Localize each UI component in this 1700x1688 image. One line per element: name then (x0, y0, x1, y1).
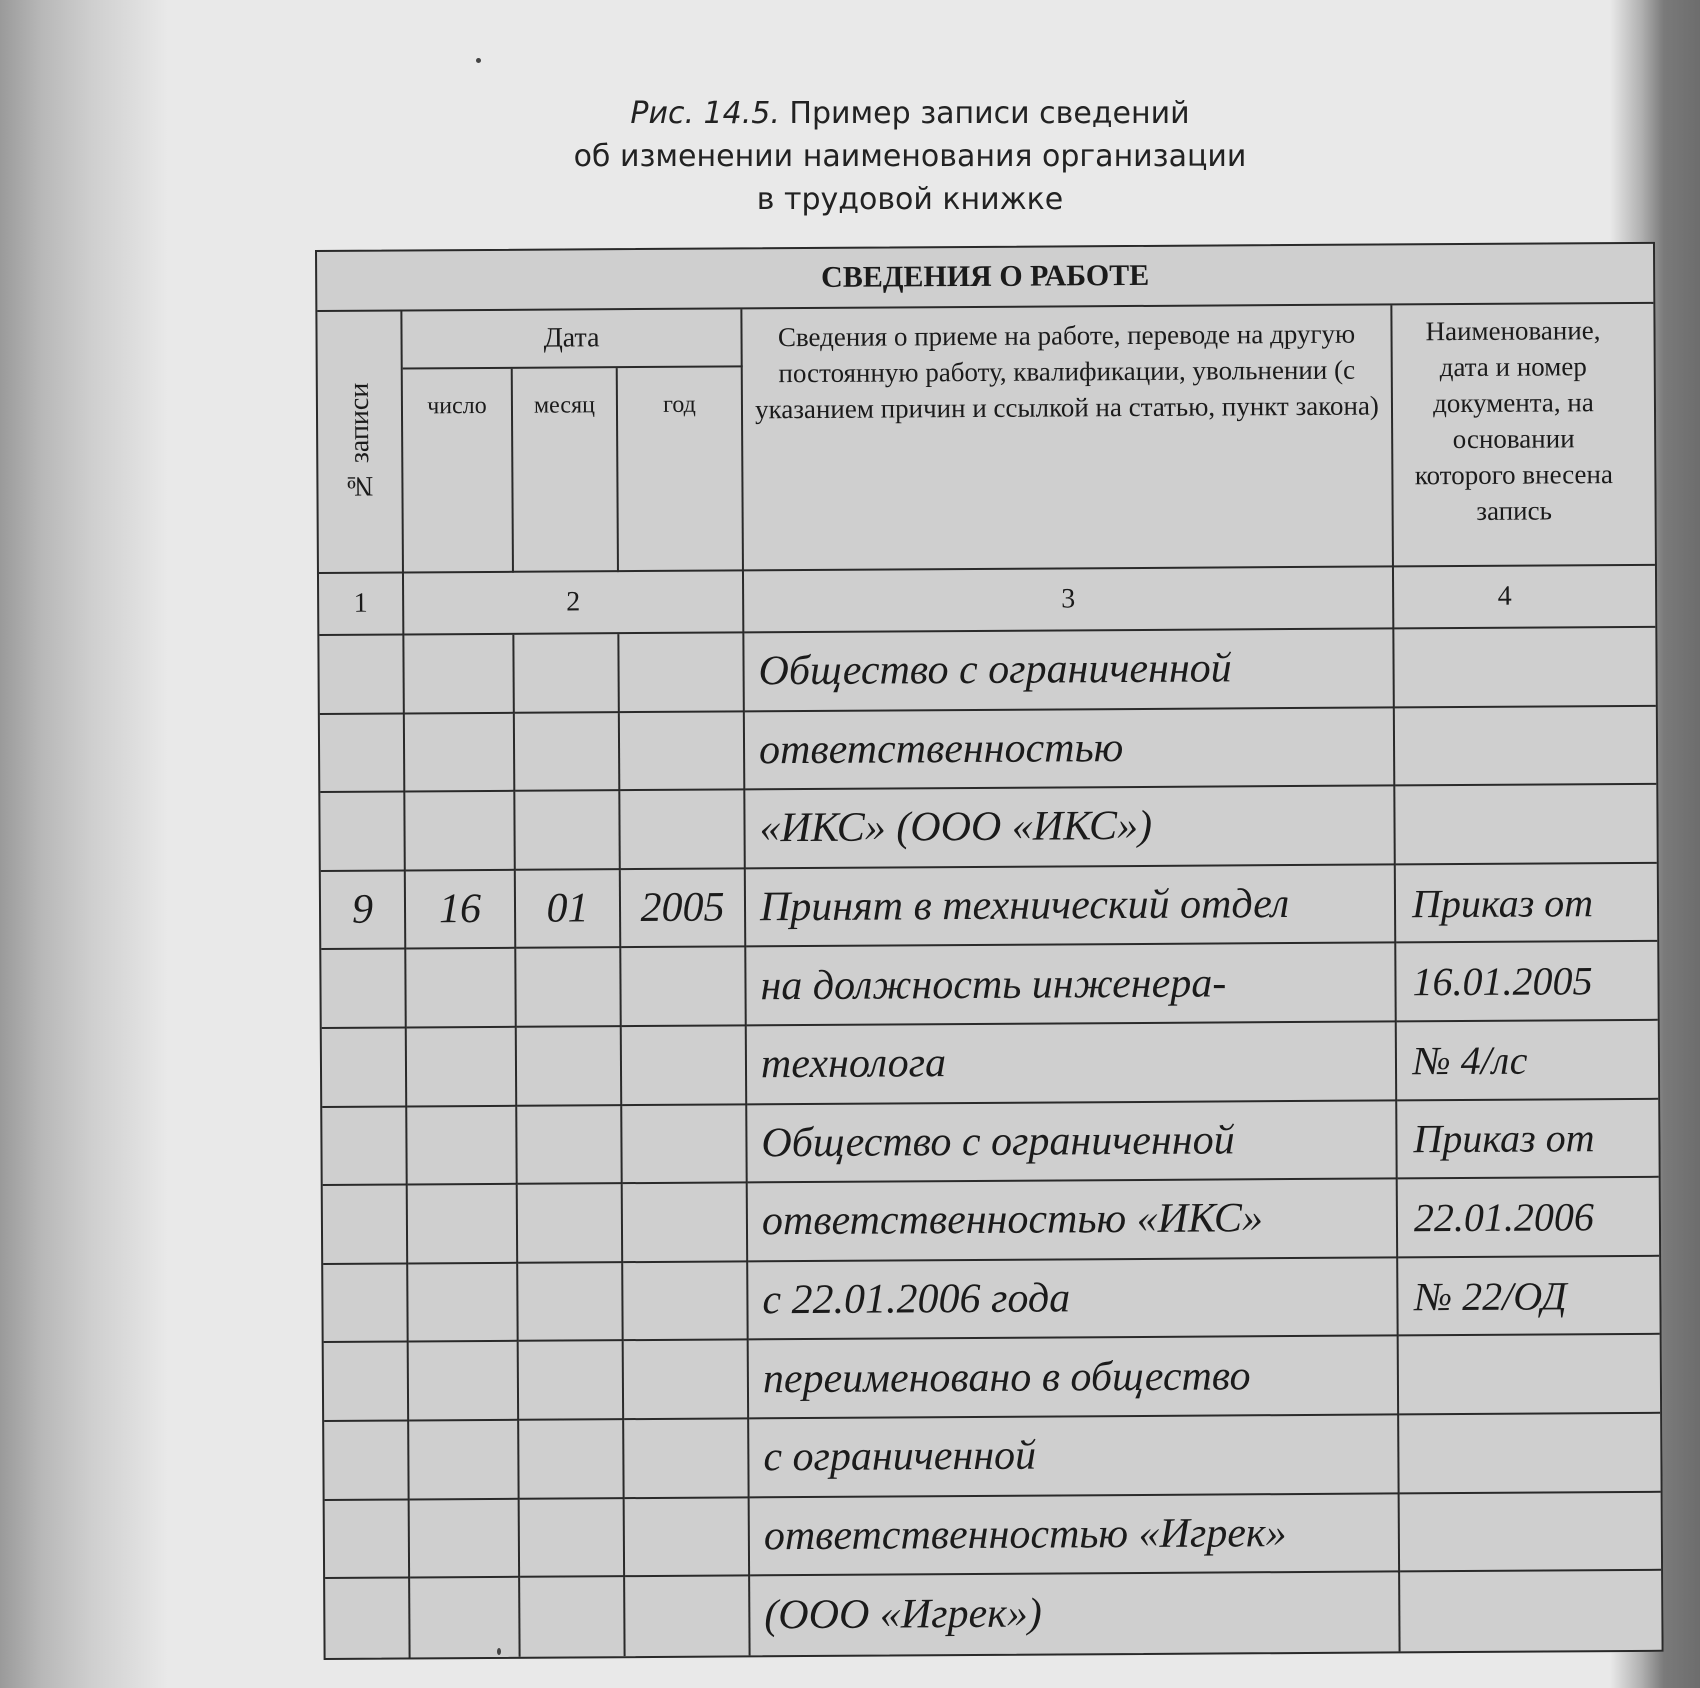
cell-month (516, 949, 621, 1028)
cell-basis: Приказ от (1396, 864, 1657, 944)
cell-day: 16 (406, 871, 516, 950)
work-record-table: СВЕДЕНИЯ О РАБОТЕ № записи Дата число ме… (315, 242, 1664, 1660)
cell-basis (1394, 628, 1655, 708)
cell-info: (ООО «Игрек») (750, 1573, 1400, 1656)
cell-year (621, 948, 746, 1027)
caption-line-3: в трудовой книжке (560, 178, 1260, 221)
cell-basis: Приказ от (1397, 1099, 1658, 1179)
cell-day (408, 1185, 518, 1264)
cell-month (517, 1106, 622, 1185)
cell-info: Принят в технический отдел (746, 865, 1396, 948)
column-number-1: 1 (319, 573, 404, 636)
cell-record-no (324, 1421, 409, 1500)
cell-basis: 16.01.2005 (1396, 942, 1657, 1022)
header-date: Дата (402, 309, 742, 369)
cell-basis (1400, 1492, 1661, 1572)
cell-month (519, 1420, 624, 1499)
cell-month (518, 1184, 623, 1263)
cell-day (408, 1264, 518, 1343)
cell-day (405, 792, 515, 871)
print-speck (476, 58, 481, 63)
header-basis: Наименование, дата и номер документа, на… (1392, 304, 1655, 568)
cell-month (520, 1499, 625, 1578)
cell-day (409, 1421, 519, 1500)
cell-record-no (325, 1579, 410, 1658)
cell-day (407, 1106, 517, 1185)
cell-info: ответственностью «ИКС» (748, 1180, 1398, 1263)
cell-info: ответственностью «Игрек» (750, 1494, 1400, 1577)
cell-record-no (319, 635, 404, 714)
cell-year (624, 1341, 749, 1420)
cell-info: Общество с ограниченной (744, 629, 1394, 712)
cell-basis (1395, 706, 1656, 786)
cell-day (410, 1578, 520, 1657)
cell-record-no (323, 1186, 408, 1265)
cell-year (625, 1498, 750, 1577)
caption-line-1: Рис. 14.5. Пример записи сведений (560, 92, 1260, 135)
print-speck (497, 1648, 501, 1655)
cell-info: с ограниченной (749, 1415, 1399, 1498)
caption-title: Пример записи сведений (780, 96, 1190, 131)
cell-year (622, 1105, 747, 1184)
figure-label: Рис. 14.5. (630, 96, 780, 131)
cell-month (520, 1577, 625, 1656)
cell-day (405, 713, 515, 792)
caption-line-2: об изменении наименования организации (560, 135, 1260, 178)
cell-year: 2005 (621, 869, 746, 948)
cell-record-no: 9 (321, 871, 406, 950)
cell-basis (1399, 1414, 1660, 1494)
header-month: месяц (513, 368, 619, 573)
cell-basis: 22.01.2006 (1398, 1178, 1659, 1258)
cell-day (404, 635, 514, 714)
header-year: год (618, 367, 744, 572)
header-info: Сведения о приеме на работе, переводе на… (742, 305, 1394, 571)
cell-month (515, 791, 620, 870)
cell-record-no (320, 793, 405, 872)
cell-month (517, 1027, 622, 1106)
cell-record-no (325, 1500, 410, 1579)
figure-caption: Рис. 14.5. Пример записи сведений об изм… (560, 92, 1260, 221)
cell-year (624, 1419, 749, 1498)
cell-record-no (324, 1343, 409, 1422)
cell-year (625, 1577, 750, 1656)
cell-info: на должность инженера- (746, 944, 1396, 1027)
column-number-4: 4 (1394, 566, 1655, 630)
cell-year (620, 791, 745, 870)
table-title: СВЕДЕНИЯ О РАБОТЕ (317, 244, 1653, 312)
cell-year (620, 712, 745, 791)
cell-info: переименовано в общество (749, 1337, 1399, 1420)
cell-info: с 22.01.2006 года (748, 1258, 1398, 1341)
cell-info: технолога (747, 1022, 1397, 1105)
cell-record-no (321, 950, 406, 1029)
header-record-no: № записи (317, 311, 404, 574)
column-number-3: 3 (744, 567, 1394, 633)
cell-year (623, 1262, 748, 1341)
cell-record-no (322, 1107, 407, 1186)
cell-basis: № 4/лс (1397, 1021, 1658, 1101)
cell-record-no (322, 1028, 407, 1107)
cell-month (515, 713, 620, 792)
cell-basis (1395, 785, 1656, 865)
cell-day (407, 1028, 517, 1107)
cell-year (623, 1184, 748, 1263)
cell-month: 01 (516, 870, 621, 949)
cell-basis (1400, 1571, 1661, 1651)
cell-month (514, 634, 619, 713)
cell-day (406, 949, 516, 1028)
column-number-2: 2 (404, 571, 744, 635)
cell-info: ответственностью (745, 708, 1395, 791)
cell-info: «ИКС» (ООО «ИКС») (745, 787, 1395, 870)
page-gutter-shadow (0, 0, 168, 1688)
cell-record-no (323, 1264, 408, 1343)
cell-basis: № 22/ОД (1398, 1257, 1659, 1337)
cell-month (518, 1263, 623, 1342)
cell-day (409, 1342, 519, 1421)
cell-day (410, 1499, 520, 1578)
cell-month (519, 1342, 624, 1421)
header-record-no-label: № записи (343, 382, 376, 501)
cell-basis (1399, 1335, 1660, 1415)
cell-record-no (320, 714, 405, 793)
cell-year (622, 1026, 747, 1105)
cell-year (619, 633, 744, 712)
header-day: число (403, 369, 514, 574)
cell-info: Общество с ограниченной (747, 1101, 1397, 1184)
